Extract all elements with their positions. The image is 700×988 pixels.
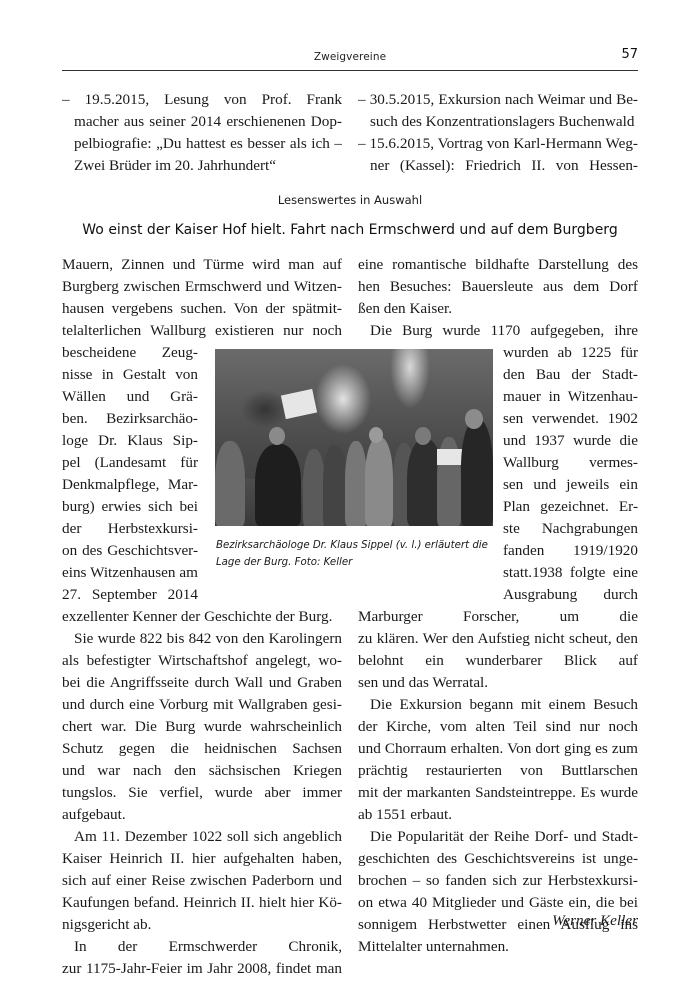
text-line: ben. Bezirksarchäo- — [62, 408, 198, 430]
text-line: Marburger Forscher, um die Befestigungsw… — [358, 606, 638, 628]
text-line: hausen vergebens suchen. Von der spätmit… — [62, 298, 342, 320]
text-line: Die Burg wurde 1170 aufgegeben, ihre Res… — [370, 320, 638, 342]
text-line: sich auf einer Reise zwischen Paderborn … — [62, 870, 342, 892]
text-line: und durch eine Vorburg mit Wallgraben ge… — [62, 694, 342, 716]
text-line: Kaufungen befand. Heinrich II. hielt hie… — [62, 892, 342, 914]
event-line: Zwei Brüder im 20. Jahrhundert“ — [74, 155, 276, 177]
text-line: Mauern, Zinnen und Türme wird man auf de… — [62, 254, 342, 276]
text-line: statt.1938 folgte eine — [503, 562, 638, 584]
document-page: Zweigvereine 57 – 19.5.2015, Lesung von … — [0, 0, 700, 988]
running-head: Zweigvereine — [62, 51, 638, 63]
text-line: zur 1175-Jahr-Feier im Jahr 2008, findet… — [62, 958, 342, 980]
text-line: eine romantische bildhafte Darstellung d… — [358, 254, 638, 276]
text-line: mauer in Witzenhau- — [503, 386, 638, 408]
event-line: pelbiografie: „Du hattest es besser als … — [74, 133, 342, 155]
text-line: eins Witzenhausen am — [62, 562, 198, 584]
text-line: exzellenter Kenner der Geschichte der Bu… — [62, 606, 332, 628]
text-line: Ausgrabung durch — [503, 584, 638, 606]
text-line: der Herbstexkursi- — [62, 518, 198, 540]
text-line: loge Dr. Klaus Sip- — [62, 430, 198, 452]
text-line: sen und jeweils ein — [503, 474, 638, 496]
text-line: bei die Angriffsseite durch Wall und Gra… — [62, 672, 342, 694]
text-line: ste Nachgrabungen — [503, 518, 638, 540]
text-line: der Kirche, vom alten Teil sind nur noch… — [358, 716, 638, 738]
text-line: mit der markanten Sandsteintreppe. Es wu… — [358, 782, 638, 804]
text-line: fanden 1919/1920 — [503, 540, 638, 562]
text-line: Burgberg zwischen Ermschwerd und Witzen- — [62, 276, 342, 298]
guide-figure — [255, 444, 301, 526]
text-line: tungslos. Sie verfiel, wurde aber immer … — [62, 782, 342, 804]
text-line: hen Besuches: Bauersleute aus dem Dorf b… — [358, 276, 638, 298]
held-paper — [281, 389, 317, 419]
text-line: Denkmalpflege, Mar- — [62, 474, 198, 496]
text-line: pel (Landesamt für — [62, 452, 198, 474]
event-line: – 15.6.2015, Vortrag von Karl-Hermann We… — [358, 133, 638, 155]
person-figure — [215, 441, 245, 526]
text-line: bescheidene Zeug- — [62, 342, 198, 364]
article-title: Wo einst der Kaiser Hof hielt. Fahrt nac… — [62, 222, 638, 238]
person-figure — [461, 419, 493, 526]
text-line: ab 1551 erbaut. — [358, 804, 452, 826]
event-line: ner (Kassel): Friedrich II. von Hessen-K… — [370, 155, 638, 177]
text-line: geschichten des Geschichtsvereins ist un… — [358, 848, 638, 870]
text-line: 27. September 2014 als — [62, 584, 198, 606]
person-figure — [323, 445, 347, 526]
text-line: prächtig restaurierten von Buttlarschen … — [358, 760, 638, 782]
text-line: ßen den Kaiser. — [358, 298, 452, 320]
person-head — [465, 409, 483, 429]
text-line: Wallburg vermes- — [503, 452, 638, 474]
text-line: nigsgericht ab. — [62, 914, 151, 936]
caption-line: Bezirksarchäologe Dr. Klaus Sippel (v. l… — [216, 537, 496, 554]
header-rule — [62, 70, 638, 71]
text-line: und Chorraum erhalten. Von dort ging es … — [358, 738, 638, 760]
photo-caption: Bezirksarchäologe Dr. Klaus Sippel (v. l… — [216, 537, 496, 571]
person-head — [415, 427, 431, 445]
text-line: sen verwendet. 1902 — [503, 408, 638, 430]
text-line: wurden ab 1225 für — [503, 342, 638, 364]
author-signature: Werner Keller — [552, 910, 638, 932]
text-line: Schutz gegen die heidnischen Sachsen err… — [62, 738, 342, 760]
text-line: aufgebaut. — [62, 804, 126, 826]
page-number: 57 — [621, 47, 638, 62]
text-line: Kaiser Heinrich II. hier aufgehalten hab… — [62, 848, 342, 870]
text-line: belohnt ein wunderbarer Blick auf Witzen… — [358, 650, 638, 672]
text-line: burg) erwies sich bei — [62, 496, 198, 518]
caption-line: Lage der Burg. Foto: Keller — [216, 554, 496, 571]
text-line: chert war. Die Burg wurde wahrscheinlich… — [62, 716, 342, 738]
text-line: on des Geschichtsver- — [62, 540, 198, 562]
event-line: macher aus seiner 2014 erschienenen Dop- — [74, 111, 342, 133]
text-line: telalterlichen Wallburg existieren nur n… — [62, 320, 342, 342]
guide-head — [269, 427, 285, 445]
event-line: – 30.5.2015, Exkursion nach Weimar und B… — [358, 89, 638, 111]
text-line: Am 11. Dezember 1022 soll sich angeblich — [74, 826, 342, 848]
person-head — [369, 427, 383, 443]
text-line: Sie wurde 822 bis 842 von den Karolinger… — [74, 628, 342, 650]
text-line: Wällen und Grä- — [62, 386, 198, 408]
text-line: sen und das Werratal. — [358, 672, 488, 694]
text-line: Die Popularität der Reihe Dorf- und Stad… — [370, 826, 638, 848]
text-line: Mittelalter unternahmen. — [358, 936, 509, 958]
person-figure — [365, 437, 393, 526]
sky-highlight — [390, 349, 430, 409]
section-label: Lesenswertes in Auswahl — [62, 193, 638, 207]
text-line: Plan gezeichnet. Er- — [503, 496, 638, 518]
event-line: such des Konzentrationslagers Buchenwald — [370, 111, 634, 133]
text-line: In der Ermschwerder Chronik, herausgegeb… — [74, 936, 342, 958]
text-line: und war nach den sächsischen Kriegen bed… — [62, 760, 342, 782]
person-figure — [345, 441, 367, 526]
text-line: als befestigter Wirtschaftshof angelegt,… — [62, 650, 342, 672]
text-line: den Bau der Stadt- — [503, 364, 638, 386]
text-line: zu klären. Wer den Aufstieg nicht scheut… — [358, 628, 638, 650]
event-line: – 19.5.2015, Lesung von Prof. Frank Nonn… — [62, 89, 342, 111]
text-line: Die Exkursion begann mit einem Besuch — [370, 694, 638, 716]
person-figure — [303, 449, 325, 526]
text-line: und 1937 wurde die — [503, 430, 638, 452]
text-line: brochen – so fanden sich zur Herbstexkur… — [358, 870, 638, 892]
article-photo — [215, 349, 493, 526]
text-line: nisse in Gestalt von — [62, 364, 198, 386]
